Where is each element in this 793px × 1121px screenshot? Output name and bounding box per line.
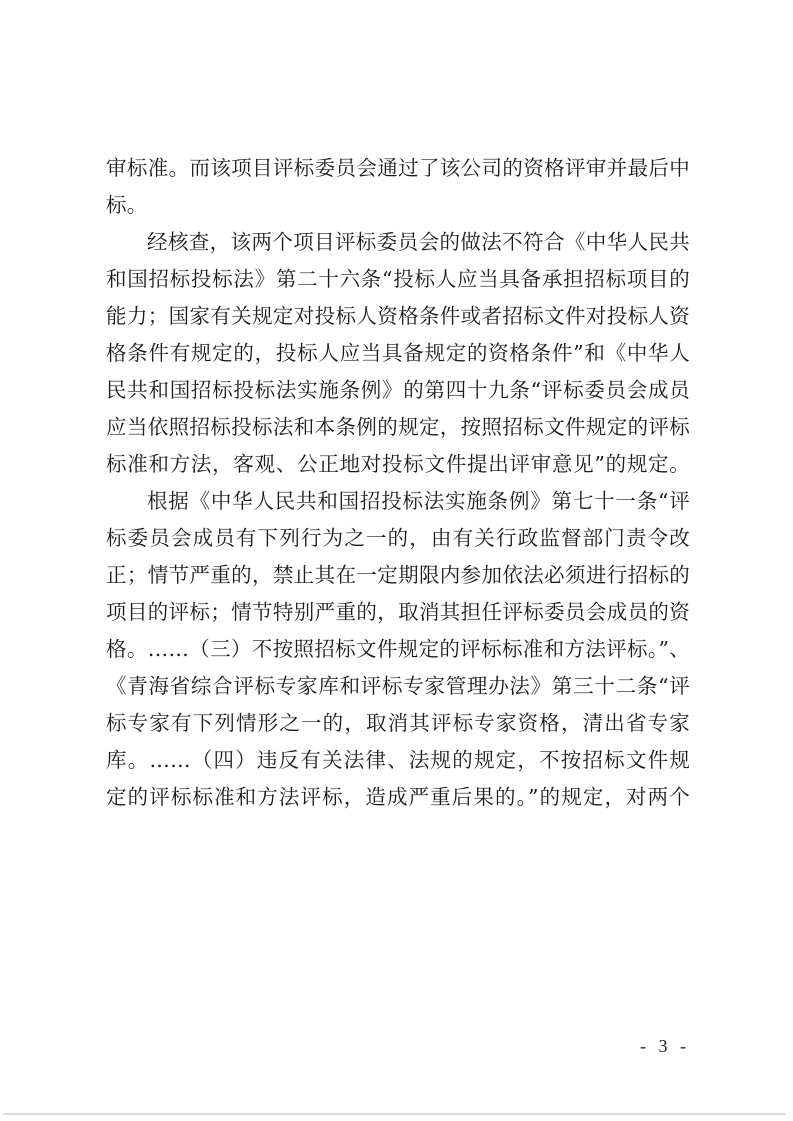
text-line: 格。……（三）不按照招标文件规定的评标标准和方法评标。”、	[106, 631, 690, 668]
text-line: 标。	[106, 187, 690, 224]
text-line: 格条件有规定的，投标人应当具备规定的资格条件”和《中华人	[106, 335, 690, 372]
text-line: 审标准。而该项目评标委员会通过了该公司的资格评审并最后中	[106, 150, 690, 187]
text-line: 能力；国家有关规定对投标人资格条件或者招标文件对投标人资	[106, 298, 690, 335]
text-line: 项目的评标；情节特别严重的，取消其担任评标委员会成员的资	[106, 594, 690, 631]
text-line: 经核查，该两个项目评标委员会的做法不符合《中华人民共	[106, 224, 690, 261]
text-line: 标准和方法，客观、公正地对投标文件提出评审意见”的规定。	[106, 446, 690, 483]
page-number: - 3 -	[640, 1036, 690, 1057]
text-line: 标专家有下列情形之一的，取消其评标专家资格，清出省专家	[106, 705, 690, 742]
text-line: 应当依照招标投标法和本条例的规定，按照招标文件规定的评标	[106, 409, 690, 446]
text-line: 正；情节严重的，禁止其在一定期限内参加依法必须进行招标的	[106, 557, 690, 594]
document-body: 审标准。而该项目评标委员会通过了该公司的资格评审并最后中 标。 经核查，该两个项…	[106, 150, 690, 816]
text-line: 和国招标投标法》第二十六条“投标人应当具备承担招标项目的	[106, 261, 690, 298]
text-line: 定的评标标准和方法评标，造成严重后果的。”的规定，对两个	[106, 779, 690, 816]
text-line: 库。……（四）违反有关法律、法规的规定，不按招标文件规	[106, 742, 690, 779]
text-line: 《青海省综合评标专家库和评标专家管理办法》第三十二条“评	[106, 668, 690, 705]
document-page: 审标准。而该项目评标委员会通过了该公司的资格评审并最后中 标。 经核查，该两个项…	[0, 0, 793, 1121]
text-line: 标委员会成员有下列行为之一的，由有关行政监督部门责令改	[106, 520, 690, 557]
page-bottom-edge	[3, 1113, 785, 1115]
text-line: 民共和国招标投标法实施条例》的第四十九条“评标委员会成员	[106, 372, 690, 409]
text-line: 根据《中华人民共和国招投标法实施条例》第七十一条“评	[106, 483, 690, 520]
